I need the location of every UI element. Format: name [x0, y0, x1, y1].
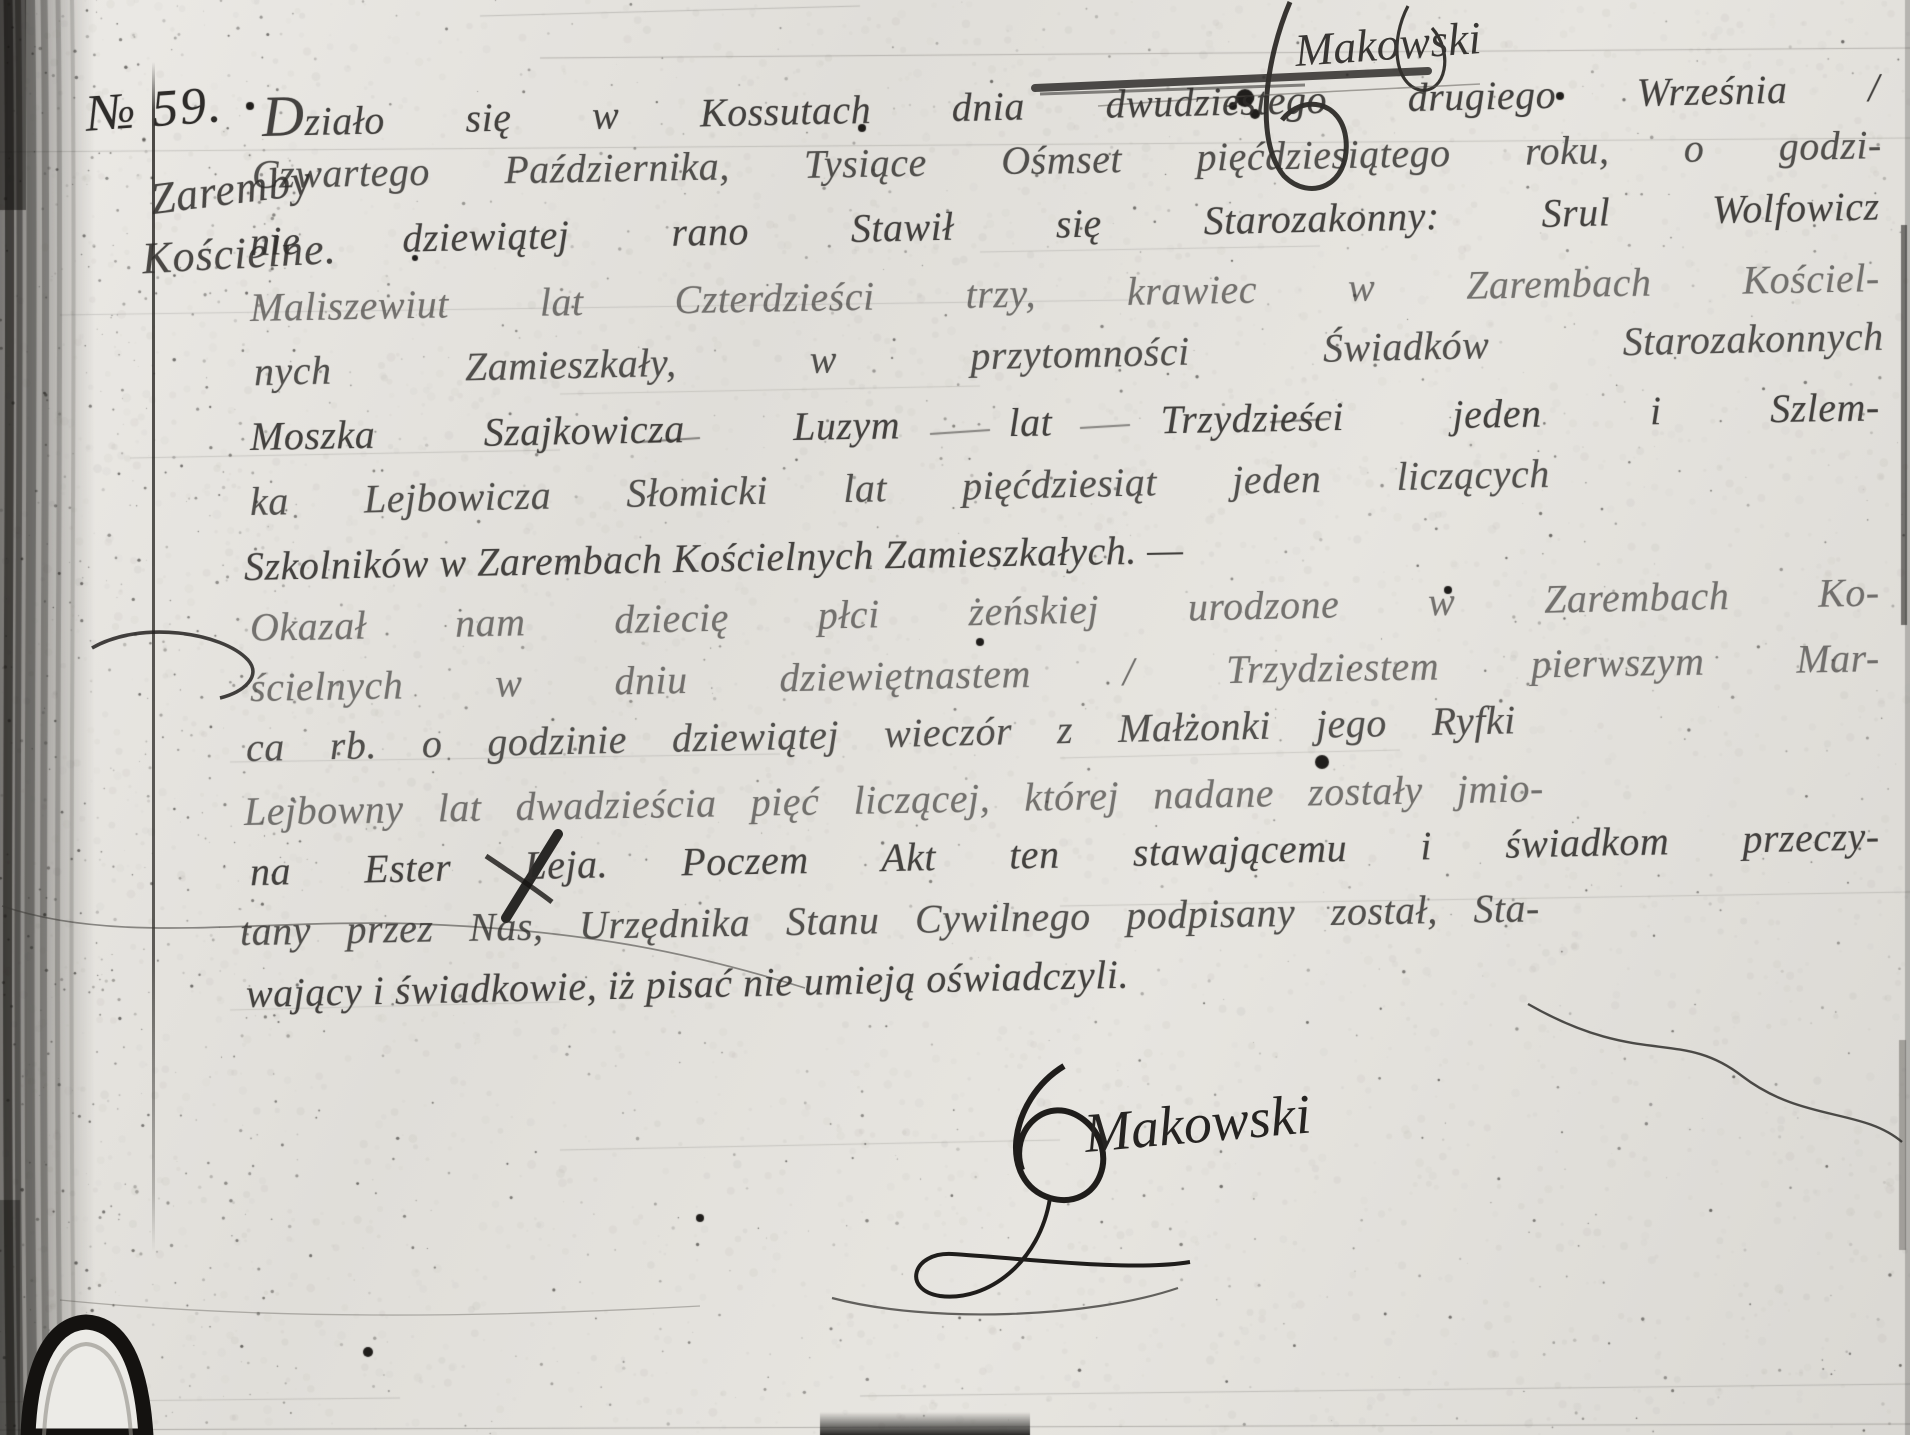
- record-body-line: Lejbowny lat dwadzieścia pięć liczącej, …: [244, 768, 1545, 832]
- record-body-line: Moszka Szajkowicza Luzym lat Trzydzieści…: [250, 387, 1880, 457]
- record-body-line: Szkolników w Zarembach Kościelnych Zamie…: [244, 530, 1184, 587]
- record-body-line: Maliszewiut lat Czterdzieści trzy, krawi…: [250, 258, 1880, 328]
- record-body-line: tany przez Nas, Urzędnika Stanu Cywilneg…: [240, 888, 1541, 952]
- scanned-register-page: № 59. Zaremby Kościelne. Działo się w Ko…: [0, 0, 1910, 1435]
- record-body-line: ścielnych w dniu dziewiętnastem / Trzydz…: [250, 638, 1880, 708]
- record-body-line: nych Zamieszkały, w przytomności Świadkó…: [254, 316, 1884, 392]
- record-body: Działo się w Kossutach dnia dwudziestego…: [0, 0, 1910, 1435]
- record-body-line: ka Lejbowicza Słomicki lat pięćdziesiąt …: [250, 454, 1551, 522]
- record-body-line: nie dziewiątej rano Stawił się Starozako…: [250, 186, 1880, 262]
- record-body-line: wający i świadkowie, iż pisać nie umieją…: [246, 955, 1130, 1014]
- record-body-line: ca rb. o godzinie dziewiątej wieczór z M…: [246, 700, 1517, 768]
